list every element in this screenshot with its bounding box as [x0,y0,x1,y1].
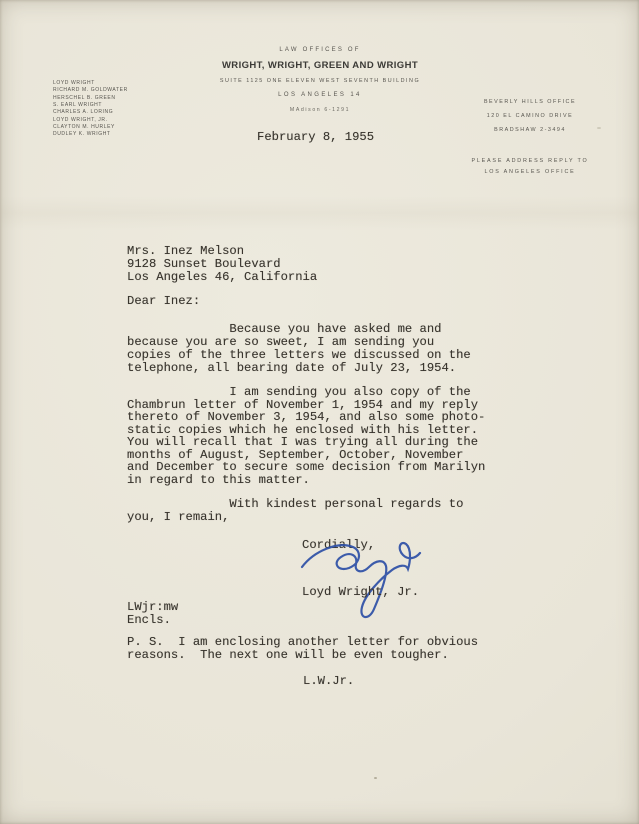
signature-loyd [298,533,423,628]
branch-office-block: BEVERLY HILLS OFFICE 120 EL CAMINO DRIVE… [455,96,605,137]
enclosures-note: Encls. [127,613,171,627]
letterhead-suite-line: SUITE 1125 ONE ELEVEN WEST SEVENTH BUILD… [120,78,520,84]
paper-crease [0,196,639,230]
recipient-address: Mrs. Inez Melson 9128 Sunset Boulevard L… [127,245,317,284]
typist-initials: LWjr:mw [127,600,178,614]
letterhead-law-offices: LAW OFFICES OF [170,47,470,53]
paper-speck [374,777,377,779]
postscript-initials: L.W.Jr. [303,674,354,688]
body-paragraph-1: Because you have asked me and because yo… [127,323,471,375]
postscript: P. S. I am enclosing another letter for … [127,636,478,662]
body-paragraph-3: With kindest personal regards to you, I … [127,498,463,524]
letter-page: LAW OFFICES OF WRIGHT, WRIGHT, GREEN AND… [0,0,639,824]
salutation: Dear Inez: [127,294,200,308]
attorney-list: LOYD WRIGHT RICHARD M. GOLDWATER HERSCHE… [53,80,128,139]
signature-stroke [302,543,420,617]
reply-notice: PLEASE ADDRESS REPLY TO LOS ANGELES OFFI… [450,156,610,177]
signed-name: Loyd Wright, Jr. [302,585,419,599]
date-line: February 8, 1955 [257,130,374,144]
body-paragraph-2: I am sending you also copy of the Chambr… [127,386,485,486]
letterhead-firm-name: WRIGHT, WRIGHT, GREEN AND WRIGHT [120,60,520,71]
